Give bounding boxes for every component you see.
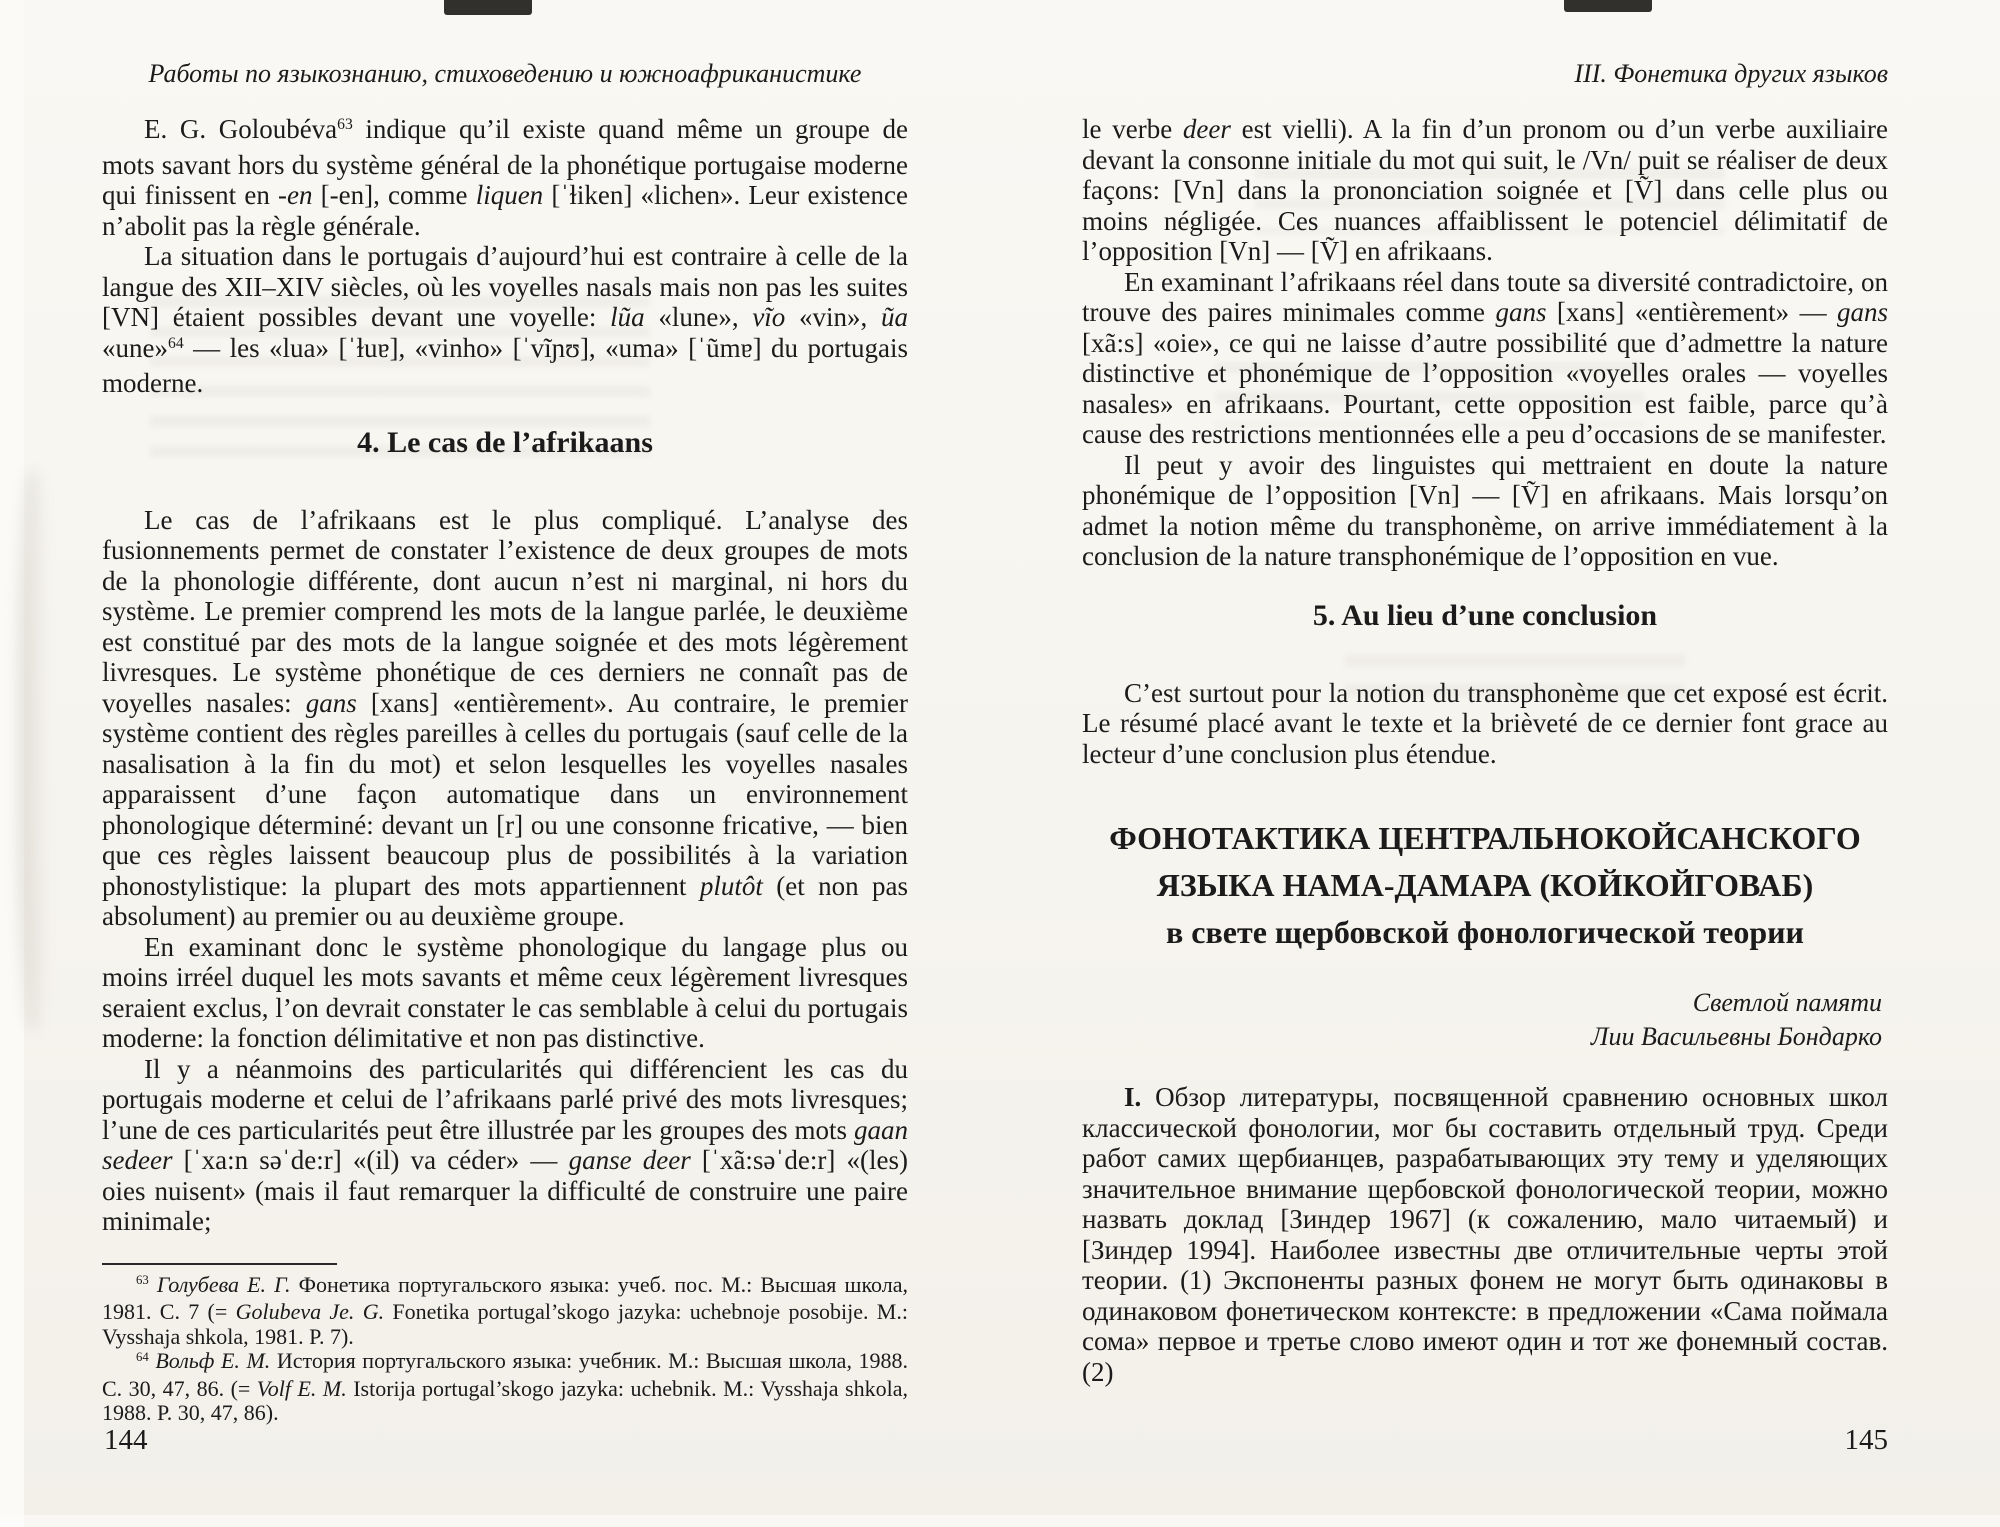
footnotes: 63 Голубева Е. Г. Фонетика португальског… [102, 1273, 908, 1426]
paragraph: La situation dans le portugais d’aujourd… [102, 241, 908, 399]
paragraph: 64 Вольф Е. М. История португальского яз… [102, 1349, 908, 1426]
paragraph: I. Обзор литературы, посвященной сравнен… [1082, 1082, 1888, 1387]
right-page-body-top: le verbe deer est vielli). A la fin d’un… [1082, 114, 1888, 572]
running-header-right: III. Фонетика других языков [1082, 58, 1888, 90]
scan-page-curl-shadow [18, 470, 48, 1030]
left-page: Работы по языкознанию, стиховедению и юж… [102, 58, 908, 1426]
paragraph: Le cas de l’afrikaans est le plus compli… [102, 505, 908, 932]
right-page: III. Фонетика других языков le verbe dee… [1082, 58, 1888, 1387]
article-title: ФОНОТАКТИКА ЦЕНТРАЛЬНОКОЙСАНСКОГО ЯЗЫКА … [1082, 815, 1888, 956]
left-page-body-top: E. G. Goloubéva63 indique qu’il existe q… [102, 114, 908, 399]
scan-artifact-top-right [1564, 0, 1652, 12]
paragraph: le verbe deer est vielli). A la fin d’un… [1082, 114, 1888, 267]
scan-artifact-top-left [444, 0, 532, 15]
paragraph: Il y a néanmoins des particularités qui … [102, 1054, 908, 1237]
running-header-left: Работы по языкознанию, стиховедению и юж… [102, 58, 908, 90]
footnote-separator [102, 1263, 337, 1265]
page-number-left: 144 [104, 1424, 148, 1457]
article-title-line3: в свете щербовской фонологической теории [1082, 909, 1888, 956]
paragraph: 63 Голубева Е. Г. Фонетика португальског… [102, 1273, 908, 1350]
paragraph: E. G. Goloubéva63 indique qu’il existe q… [102, 114, 908, 241]
section-heading-afrikaans: 4. Le cas de l’afrikaans [102, 425, 908, 461]
dedication: Светлой памяти Лии Васильевны Бондарко [1082, 986, 1888, 1054]
paragraph: C’est surtout pour la notion du transpho… [1082, 678, 1888, 770]
paragraph: Il peut y avoir des linguistes qui mettr… [1082, 450, 1888, 572]
dedication-line1: Светлой памяти [1082, 986, 1882, 1020]
dedication-line2: Лии Васильевны Бондарко [1082, 1020, 1882, 1054]
left-page-body-main: Le cas de l’afrikaans est le plus compli… [102, 505, 908, 1237]
section-heading-conclusion: 5. Au lieu d’une conclusion [1082, 598, 1888, 634]
page-number-right: 145 [1082, 1424, 1888, 1457]
scan-edge-bottom [0, 1515, 2000, 1527]
right-page-body-russian: I. Обзор литературы, посвященной сравнен… [1082, 1082, 1888, 1387]
right-page-body-conclusion: C’est surtout pour la notion du transpho… [1082, 678, 1888, 770]
article-title-line1: ФОНОТАКТИКА ЦЕНТРАЛЬНОКОЙСАНСКОГО [1082, 815, 1888, 862]
book-scan-spread: Работы по языкознанию, стиховедению и юж… [0, 0, 2000, 1527]
paragraph: En examinant l’afrikaans réel dans toute… [1082, 267, 1888, 450]
paragraph: En examinant donc le système phonologiqu… [102, 932, 908, 1054]
article-title-line2: ЯЗЫКА НАМА-ДАМАРА (КОЙКОЙГОВАБ) [1082, 862, 1888, 909]
